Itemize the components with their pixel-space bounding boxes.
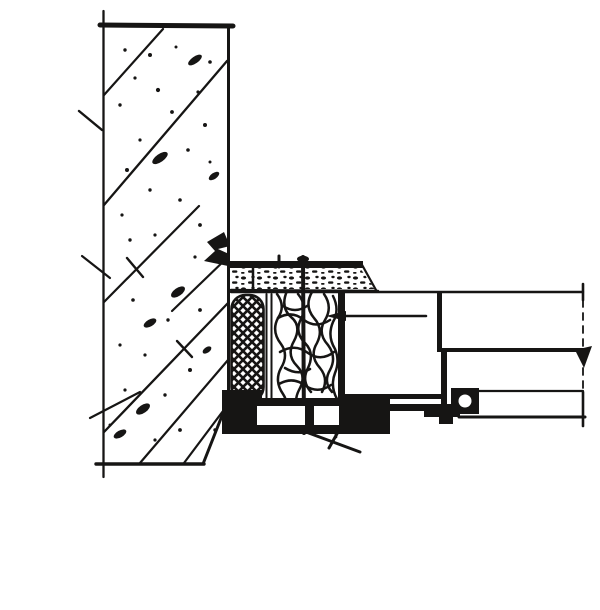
hatch-tick (82, 256, 110, 278)
reference-arrow (326, 311, 426, 321)
window-frame (326, 292, 447, 406)
break-line (575, 284, 592, 426)
wall-anchor (204, 232, 230, 266)
hatch-tick (127, 258, 143, 277)
sash-frame (386, 348, 585, 424)
wall-hatch-lines (79, 29, 228, 463)
concrete-wall (79, 11, 233, 477)
hatch-tick (79, 111, 102, 130)
foam-sealing-strip (232, 295, 264, 401)
detail-drawing: Construction detail drawing — window fra… (0, 0, 600, 610)
gasket-roller-icon (459, 395, 472, 408)
glazing-bead (451, 388, 479, 414)
wall-aggregate (112, 53, 220, 441)
drawing-page: Construction detail drawing — window fra… (0, 0, 600, 610)
